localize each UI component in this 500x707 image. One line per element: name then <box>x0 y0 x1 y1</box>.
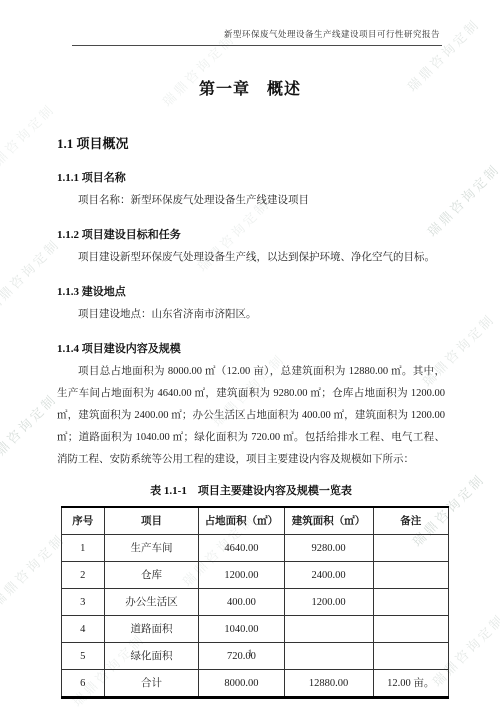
cell-item: 仓库 <box>104 562 199 589</box>
cell-index: 3 <box>62 589 105 616</box>
page-number: 1 <box>0 648 500 658</box>
cell-index: 6 <box>62 670 105 698</box>
section-title-1-1-2: 1.1.2 项目建设目标和任务 <box>57 224 445 246</box>
col-header-item: 项目 <box>104 507 199 535</box>
table-row: 3 办公生活区 400.00 1200.00 <box>62 589 449 616</box>
cell-build-area: 12880.00 <box>284 670 373 698</box>
col-header-note: 备注 <box>373 507 449 535</box>
cell-land-area: 400.00 <box>199 589 284 616</box>
cell-note: 12.00 亩。 <box>373 670 449 698</box>
table-row: 2 仓库 1200.00 2400.00 <box>62 562 449 589</box>
project-location-text: 项目建设地点：山东省济南市济阳区。 <box>57 304 445 326</box>
project-name-text: 项目名称：新型环保废气处理设备生产线建设项目 <box>57 190 445 212</box>
document-page: 瑞鼎咨询定制 瑞鼎咨询定制 瑞鼎咨询定制 瑞鼎咨询定制 瑞鼎咨询定制 瑞鼎咨询定… <box>0 0 500 707</box>
cell-land-area: 4640.00 <box>199 535 284 562</box>
section-title-1-1-3: 1.1.3 建设地点 <box>57 281 445 303</box>
cell-note <box>373 616 449 643</box>
section-title-1-1-4: 1.1.4 项目建设内容及规模 <box>57 338 445 360</box>
table-row-total: 6 合计 8000.00 12880.00 12.00 亩。 <box>62 670 449 698</box>
col-header-index: 序号 <box>62 507 105 535</box>
cell-item: 生产车间 <box>104 535 199 562</box>
scale-description-paragraph: 项目总占地面积为 8000.00 ㎡（12.00 亩），总建筑面积为 12880… <box>57 361 445 471</box>
chapter-title: 第一章 概述 <box>0 76 500 99</box>
running-header-title: 新型环保废气处理设备生产线建设项目可行性研究报告 <box>224 29 440 39</box>
cell-land-area: 8000.00 <box>199 670 284 698</box>
cell-item: 办公生活区 <box>104 589 199 616</box>
cell-note <box>373 589 449 616</box>
table-header-row: 序号 项目 占地面积（㎡） 建筑面积（㎡） 备注 <box>62 507 449 535</box>
cell-build-area: 2400.00 <box>284 562 373 589</box>
watermark-text: 瑞鼎咨询定制 <box>0 389 61 470</box>
cell-index: 2 <box>62 562 105 589</box>
cell-build-area: 1200.00 <box>284 589 373 616</box>
section-title-1-1: 1.1 项目概况 <box>57 133 445 155</box>
cell-note <box>373 535 449 562</box>
col-header-land-area: 占地面积（㎡） <box>199 507 284 535</box>
watermark-text: 瑞鼎咨询定制 <box>0 234 64 315</box>
project-goal-text: 项目建设新型环保废气处理设备生产线，以达到保护环境、净化空气的目标。 <box>57 247 445 269</box>
cell-index: 4 <box>62 616 105 643</box>
page-header: 新型环保废气处理设备生产线建设项目可行性研究报告 <box>72 0 442 46</box>
construction-scale-table: 序号 项目 占地面积（㎡） 建筑面积（㎡） 备注 1 生产车间 4640.00 … <box>61 506 449 699</box>
cell-land-area: 1200.00 <box>199 562 284 589</box>
cell-item: 合计 <box>104 670 199 698</box>
cell-item: 道路面积 <box>104 616 199 643</box>
cell-index: 1 <box>62 535 105 562</box>
page-content: 1.1 项目概况 1.1.1 项目名称 项目名称：新型环保废气处理设备生产线建设… <box>57 133 445 699</box>
table-row: 1 生产车间 4640.00 9280.00 <box>62 535 449 562</box>
cell-build-area <box>284 616 373 643</box>
cell-note <box>373 562 449 589</box>
cell-build-area: 9280.00 <box>284 535 373 562</box>
cell-land-area: 1040.00 <box>199 616 284 643</box>
watermark-text: 瑞鼎咨询定制 <box>0 99 59 180</box>
table-caption: 表 1.1-1 项目主要建设内容及规模一览表 <box>57 480 445 502</box>
col-header-build-area: 建筑面积（㎡） <box>284 507 373 535</box>
section-title-1-1-1: 1.1.1 项目名称 <box>57 167 445 189</box>
table-row: 4 道路面积 1040.00 <box>62 616 449 643</box>
